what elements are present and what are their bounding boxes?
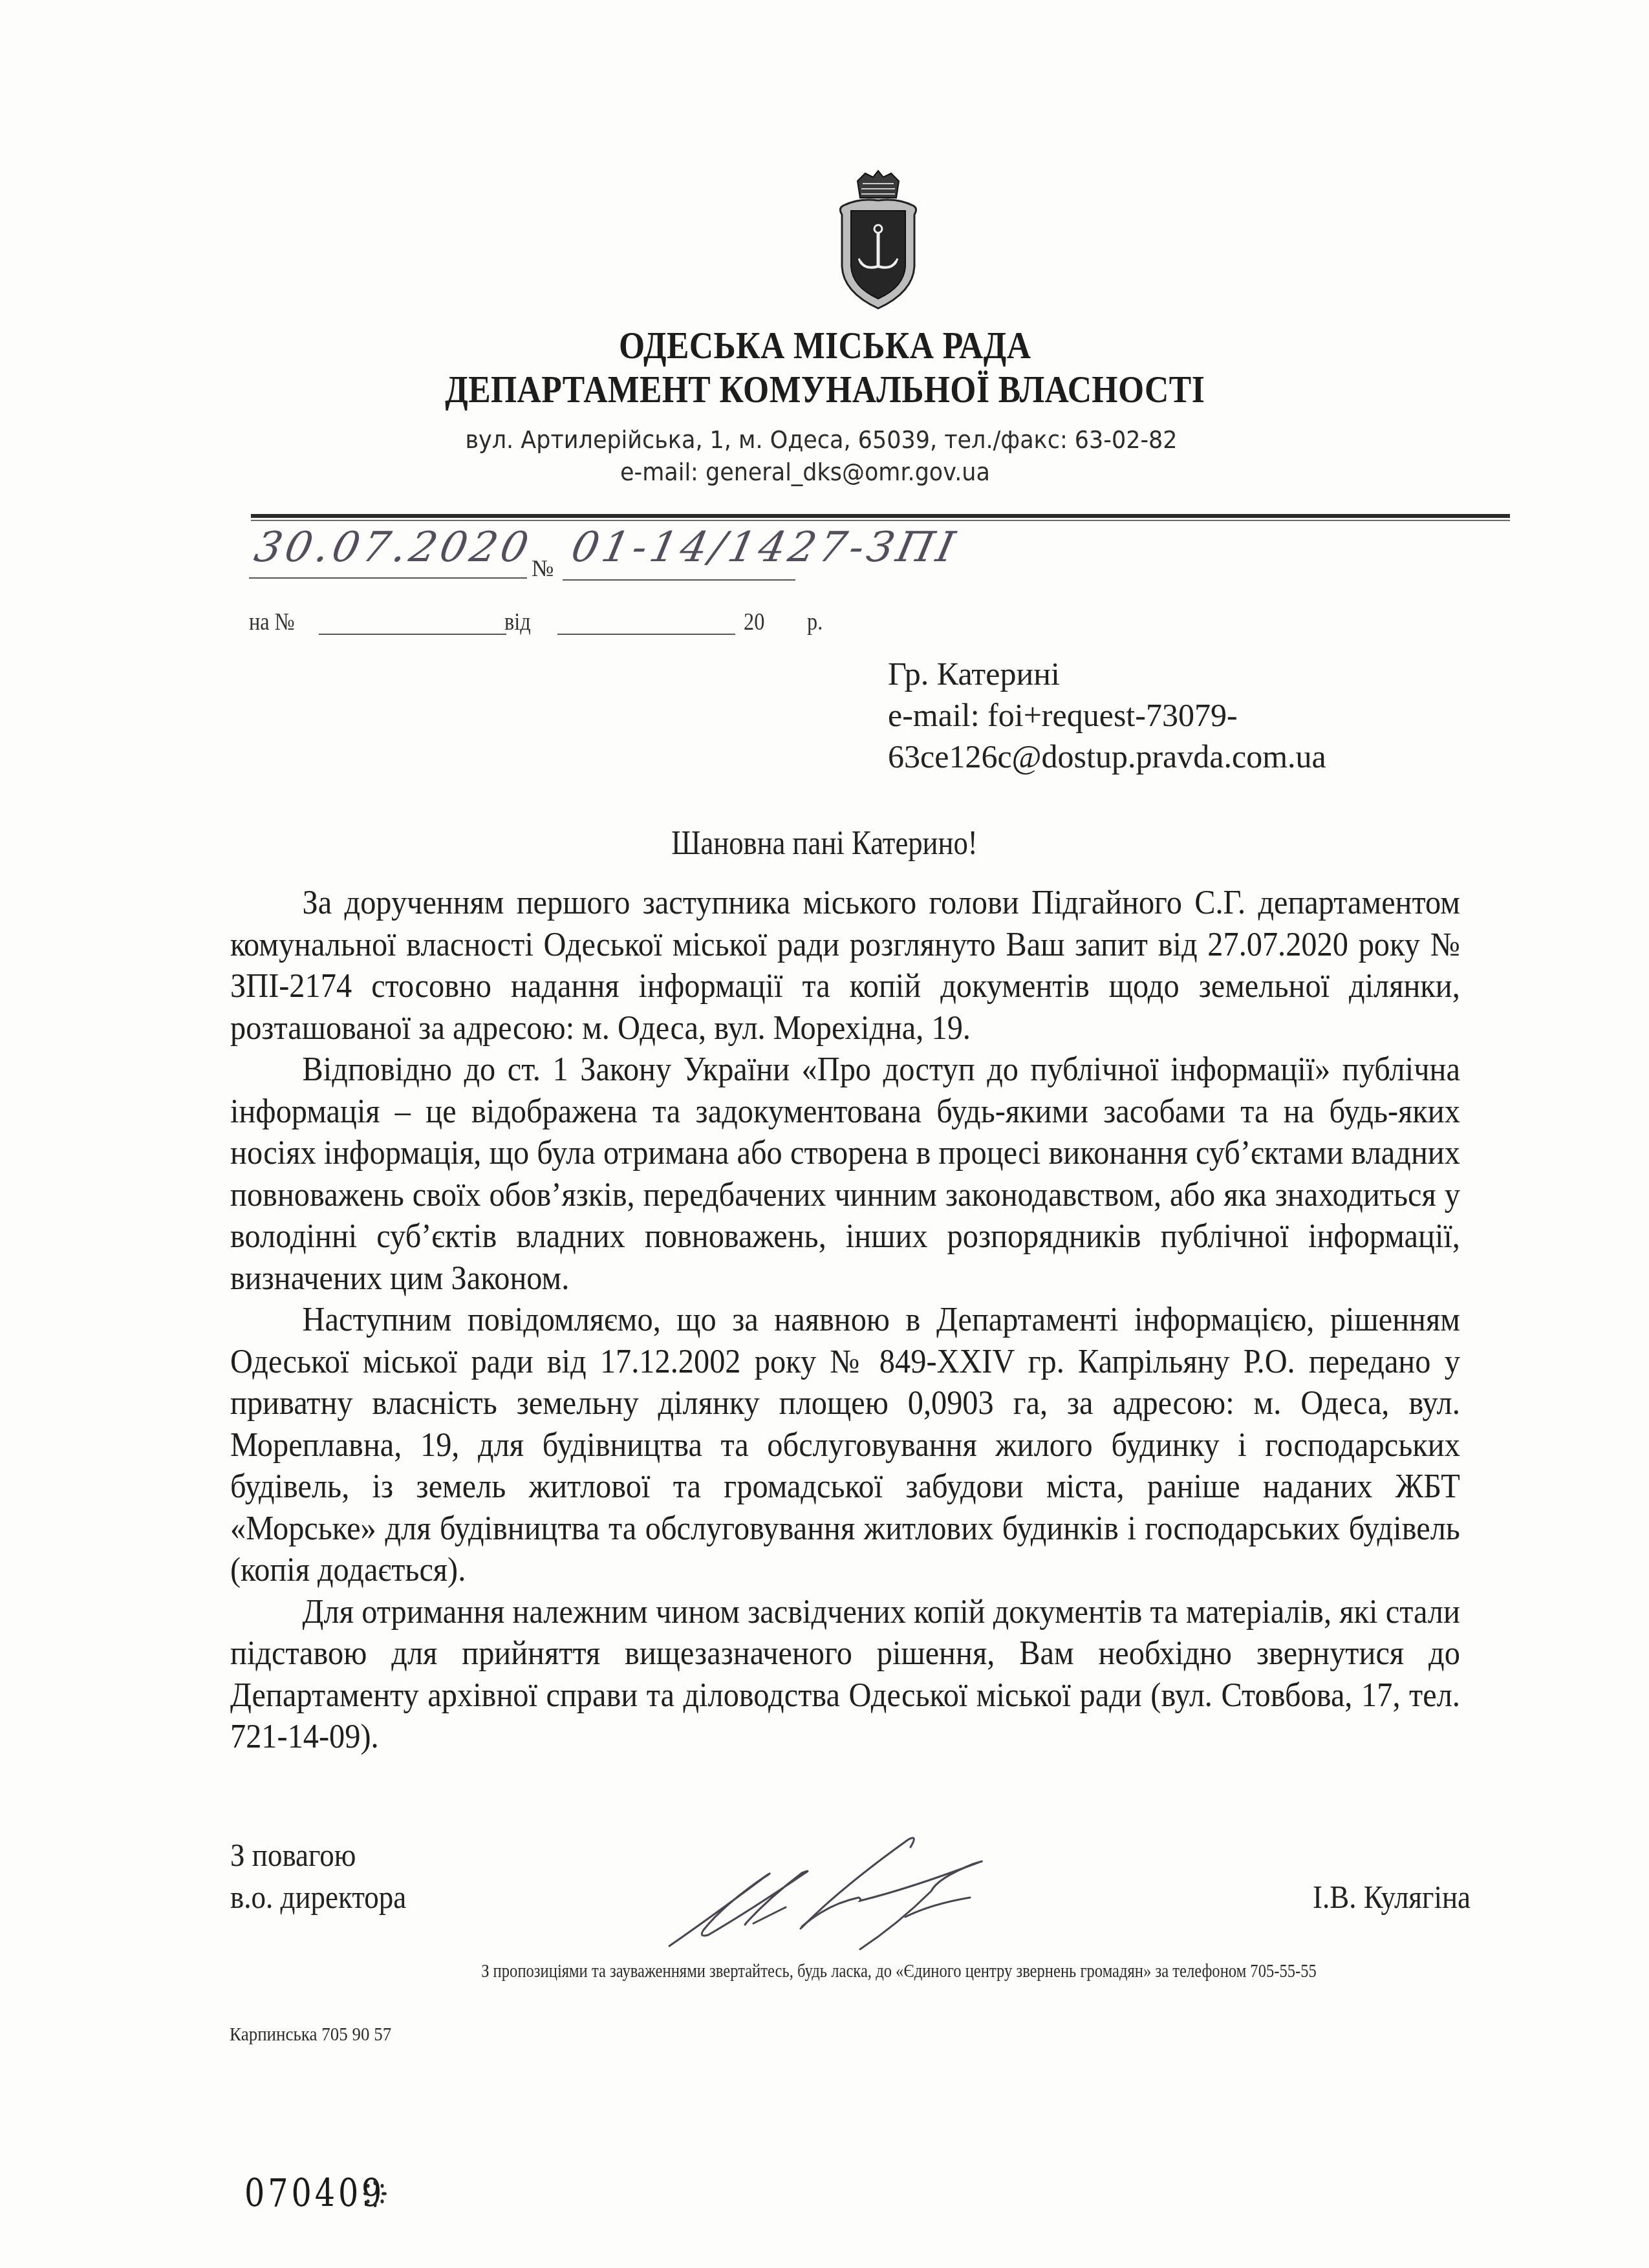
reference-year-prefix: 20 [744, 608, 764, 636]
signatory-name: І.В. Кулягіна [1313, 1878, 1471, 1916]
registration-date: 30.07.2020 [250, 524, 536, 572]
reference-date-label: від [504, 608, 531, 636]
signatory-role: в.о. директора [230, 1878, 406, 1916]
body-paragraph-4: Для отримання належним чином засвідчених… [230, 1592, 1460, 1759]
salutation: Шановна пані Катерино! [116, 824, 1534, 862]
letter-body: За дорученням першого заступника міськог… [230, 883, 1460, 1759]
reference-year-suffix: р. [807, 608, 823, 636]
handwritten-signature [653, 1826, 1002, 1965]
odesa-coat-of-arms-icon [833, 169, 923, 313]
recipient-name: Гр. Катерині [888, 653, 1060, 694]
recipient-email-line2: 63ce126c@dostup.pravda.com.ua [888, 736, 1326, 777]
registration-number: 01-14/1427-ЗПІ [567, 524, 962, 572]
recipient-email-line1: e-mail: foi+request-73079- [888, 694, 1238, 736]
reference-number-blank [319, 634, 506, 635]
organization-name: ОДЕСЬКА МІСЬКА РАДА [116, 323, 1534, 368]
registration-number-sign: № [532, 555, 554, 582]
body-paragraph-1: За дорученням першого заступника міськог… [230, 883, 1460, 1049]
closing-regards: З повагою [230, 1836, 356, 1874]
letterhead-divider-thick [251, 514, 1510, 518]
registration-date-underline [249, 577, 527, 579]
body-paragraph-3: Наступним повідомляємо, що за наявною в … [230, 1300, 1460, 1592]
reference-number-label: на № [249, 608, 295, 636]
department-name: ДЕПАРТАМЕНТ КОМУНАЛЬНОЇ ВЛАСНОСТІ [116, 367, 1534, 412]
letterhead-address: вул. Артилерійська, 1, м. Одеса, 65039, … [63, 425, 1580, 454]
stamp-asterisk-icon [362, 2177, 388, 2210]
letterhead-divider-thin [251, 520, 1510, 521]
executor-contact: Карпинська 705 90 57 [230, 2024, 391, 2046]
body-paragraph-2: Відповідно до ст. 1 Закону України «Про … [230, 1049, 1460, 1300]
citizen-contact-center-note: З пропозиціями та зауваженнями звертайте… [162, 1960, 1514, 1982]
registration-number-underline [563, 579, 795, 581]
letterhead-email: e-mail: general_dks@omr.gov.ua [47, 458, 1564, 486]
reference-date-blank [557, 634, 735, 635]
